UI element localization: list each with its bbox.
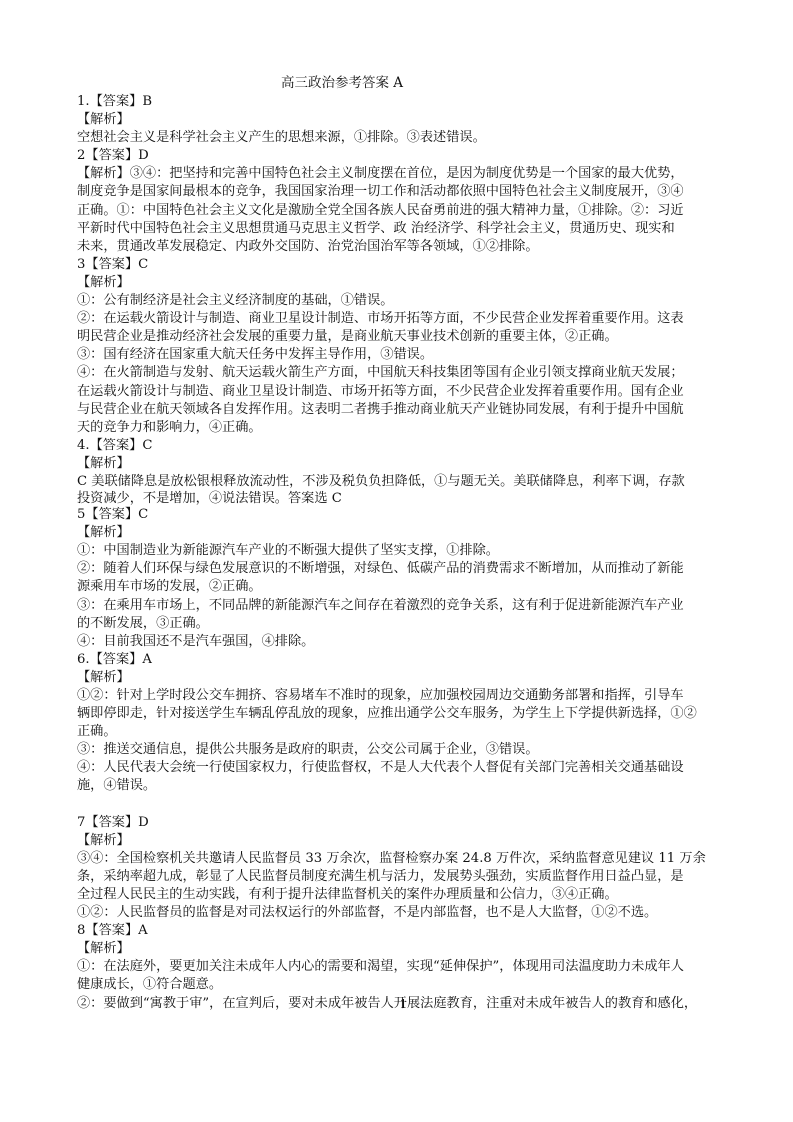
analysis-text: ①②：针对上学时段公交车拥挤、容易堵车不准时的现象，应加强校园周边交通勤务部署和… [77, 687, 722, 705]
analysis-text: ④：人民代表大会统一行使国家权力，行使监督权，不是人大代表个人督促有关部门完善相… [77, 759, 722, 777]
analysis-text: 平新时代中国特色社会主义思想贯通马克思主义哲学、政 治经济学、科学社会主义，贯通… [77, 220, 722, 238]
question-6: 6.【答案】A 【解析】 ①②：针对上学时段公交车拥挤、容易堵车不准时的现象，应… [77, 651, 722, 796]
answer-line: 6.【答案】A [77, 651, 722, 669]
analysis-text: 与民营企业在航天领域各自发挥作用。这表明二者携手推动商业航天产业链协同发展，有利… [77, 401, 722, 419]
question-7: 7【答案】D 【解析】 ③④：全国检察机关共邀请人民监督员 33 万余次，监督检… [77, 814, 722, 923]
question-4: 4.【答案】C 【解析】 C 美联储降息是放松银根释放流动性，不涉及税负负担降低… [77, 437, 722, 506]
analysis-text: ②：随着人们环保与绿色发展意识的不断增强，对绿色、低碳产品的消费需求不断增加，从… [77, 560, 722, 578]
analysis-text: 条，采纳率超九成，彰显了人民监督员制度充满生机与活力，发展势头强劲，实质监督作用… [77, 868, 722, 886]
analysis-text: ①：在法庭外，要更加关注未成年人内心的需要和渴望，实现“延伸保护”，体现用司法温… [77, 958, 722, 976]
blank-line [77, 796, 722, 814]
analysis-label: 【解析】 [77, 832, 722, 850]
analysis-text: C 美联储降息是放松银根释放流动性，不涉及税负负担降低，①与题无关。美联储降息，… [77, 473, 722, 491]
answer-line: 5【答案】C [77, 506, 722, 524]
analysis-text: 施，④错误。 [77, 777, 722, 795]
answer-line: 4.【答案】C [77, 437, 722, 455]
analysis-text: 的不断发展，③正确。 [77, 615, 722, 633]
analysis-text: ③④：全国检察机关共邀请人民监督员 33 万余次，监督检察办案 24.8 万件次… [77, 850, 722, 868]
answer-line: 8【答案】A [77, 922, 722, 940]
analysis-text: 投资减少，不是增加，④说法错误。答案选 C [77, 491, 722, 506]
analysis-text: ②：在运载火箭设计与制造、商业卫星设计制造、市场开拓等方面，不少民营企业发挥着重… [77, 310, 722, 328]
question-2: 2【答案】D 【解析】③④：把坚持和完善中国特色社会主义制度摆在首位，是因为制度… [77, 147, 722, 256]
analysis-text: 全过程人民民主的生动实践，有利于提升法律监督机关的案件办理质量和公信力，③④正确… [77, 886, 722, 904]
analysis-text: ④：目前我国还不是汽车强国，④排除。 [77, 633, 722, 651]
answer-line: 2【答案】D [77, 147, 722, 165]
analysis-text: 正确。 [77, 723, 722, 741]
answer-line: 7【答案】D [77, 814, 722, 832]
analysis-text: ①②：人民监督员的监督是对司法权运行的外部监督，不是内部监督，也不是人大监督，①… [77, 904, 722, 922]
analysis-label: 【解析】 [77, 524, 722, 542]
analysis-text: ④：在火箭制造与发射、航天运载火箭生产方面，中国航天科技集团等国有企业引领支撑商… [77, 364, 722, 382]
analysis-text: 源乘用车市场的发展，②正确。 [77, 578, 722, 596]
analysis-text: 制度竞争是国家间最根本的竞争，我国国家治理一切工作和活动都依照中国特色社会主义制… [77, 183, 722, 201]
analysis-text: 健康成长，①符合题意。 [77, 976, 722, 994]
question-3: 3【答案】C 【解析】 ①：公有制经济是社会主义经济制度的基础，①错误。 ②：在… [77, 256, 722, 437]
analysis-label: 【解析】 [77, 940, 722, 958]
analysis-text: 【解析】③④：把坚持和完善中国特色社会主义制度摆在首位，是因为制度优势是一个国家… [77, 165, 722, 183]
document-title: 高三政治参考答案 A [77, 74, 722, 93]
analysis-text: 辆即停即走，针对接送学生车辆乱停乱放的现象，应推出通学公交车服务，为学生上下学提… [77, 705, 722, 723]
analysis-text: 空想社会主义是科学社会主义产生的思想来源，①排除。③表述错误。 [77, 129, 722, 147]
analysis-text: 明民营企业是推动经济社会发展的重要力量，是商业航天事业技术创新的重要主体，②正确… [77, 328, 722, 346]
analysis-label: 【解析】 [77, 274, 722, 292]
analysis-text: 在运载火箭设计与制造、商业卫星设计制造、市场开拓等方面，不少民营企业发挥着重要作… [77, 383, 722, 401]
question-5: 5【答案】C 【解析】 ①：中国制造业为新能源汽车产业的不断强大提供了坚实支撑，… [77, 506, 722, 651]
analysis-text: ③：推送交通信息，提供公共服务是政府的职责，公交公司属于企业，③错误。 [77, 741, 722, 759]
answer-line: 3【答案】C [77, 256, 722, 274]
analysis-text: ①：中国制造业为新能源汽车产业的不断强大提供了坚实支撑，①排除。 [77, 542, 722, 560]
analysis-text: ③：在乘用车市场上，不同品牌的新能源汽车之间存在着激烈的竞争关系，这有利于促进新… [77, 597, 722, 615]
answer-line: 1.【答案】B [77, 93, 722, 111]
analysis-text: 天的竞争力和影响力，④正确。 [77, 419, 722, 437]
analysis-label: 【解析】 [77, 111, 722, 129]
analysis-text: 正确。①：中国特色社会主义文化是激励全党全国各族人民奋勇前进的强大精神力量，①排… [77, 202, 722, 220]
analysis-text: 未来，贯通改革发展稳定、内政外交国防、治党治国治军等各领域，①②排除。 [77, 238, 722, 256]
question-1: 1.【答案】B 【解析】 空想社会主义是科学社会主义产生的思想来源，①排除。③表… [77, 93, 722, 147]
page-number: 1 [0, 997, 793, 1011]
analysis-text: ③：国有经济在国家重大航天任务中发挥主导作用，③错误。 [77, 346, 722, 364]
analysis-label: 【解析】 [77, 455, 722, 473]
analysis-label: 【解析】 [77, 669, 722, 687]
answer-key-page: 高三政治参考答案 A 1.【答案】B 【解析】 空想社会主义是科学社会主义产生的… [77, 74, 722, 1013]
analysis-text: ①：公有制经济是社会主义经济制度的基础，①错误。 [77, 292, 722, 310]
